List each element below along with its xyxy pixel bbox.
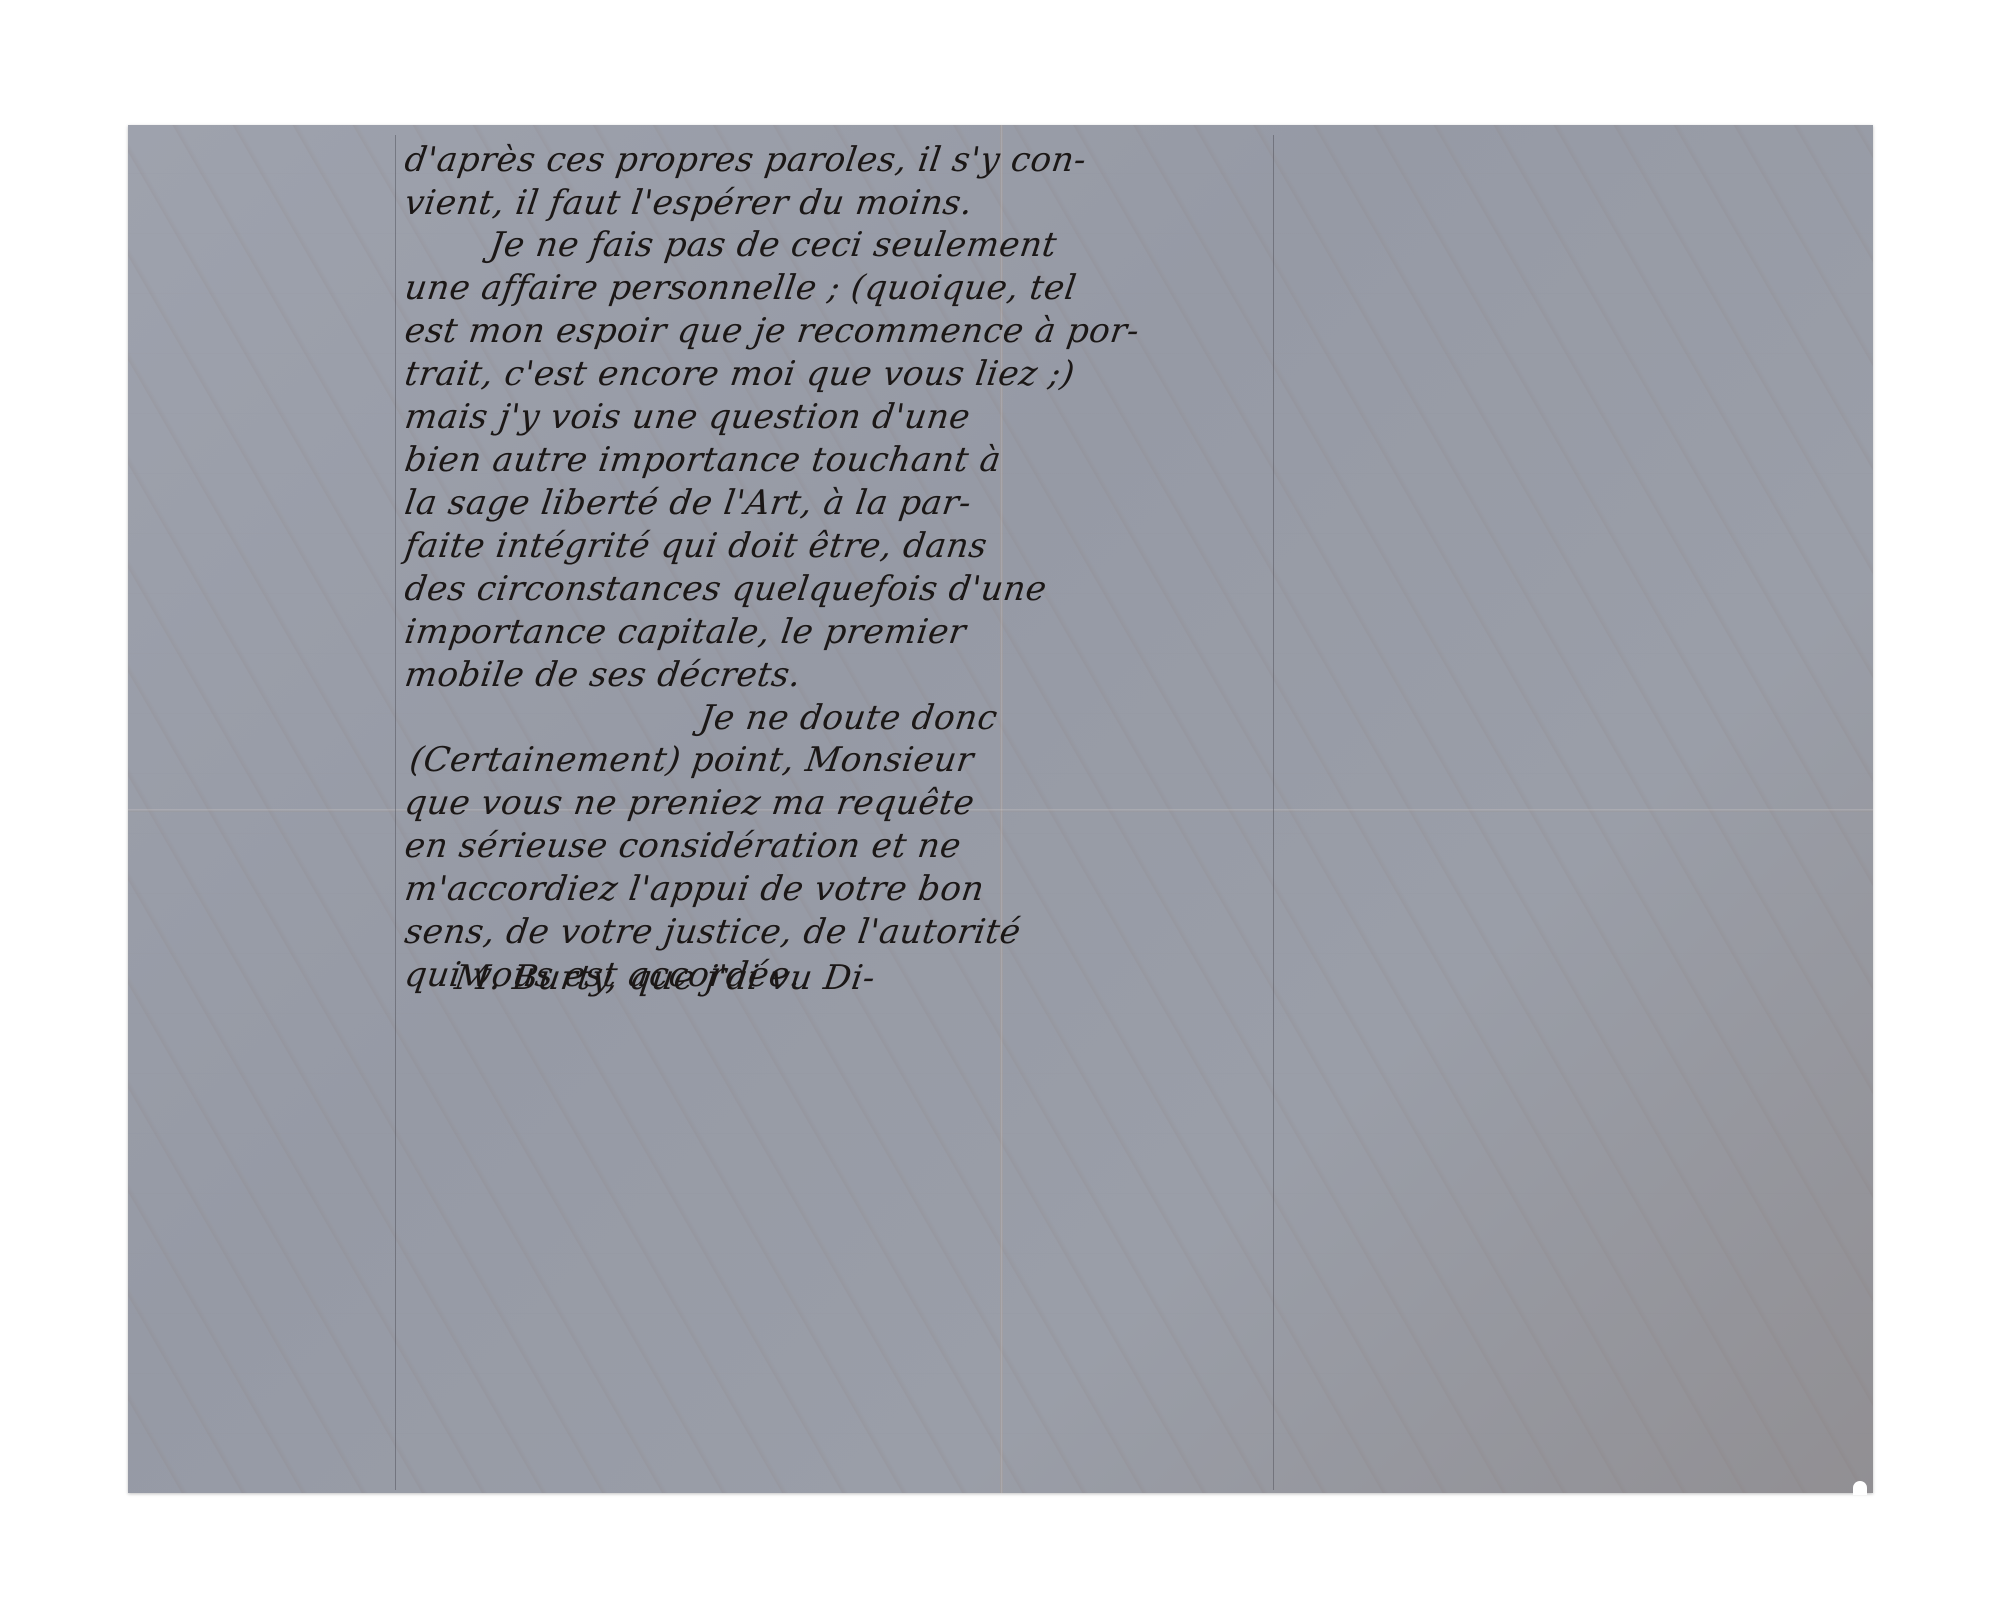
right-page-margin-line: [1273, 135, 1274, 1490]
letter-line: m'accordiez l'appui de votre bon: [402, 869, 987, 909]
letter-line: bien autre importance touchant à: [402, 440, 1003, 480]
letter-line: M. Burty, que j'ai vu Di-: [452, 958, 878, 998]
letter-line: Je ne doute donc: [697, 698, 1000, 738]
letter-line: d'après ces propres paroles, il s'y con-: [402, 140, 1089, 180]
letter-line: faite intégrité qui doit être, dans: [402, 526, 990, 566]
letter-line: Je ne fais pas de ceci seulement: [487, 225, 1059, 265]
letter-line: en sérieuse considération et ne: [402, 826, 964, 866]
letter-line: une affaire personnelle ; (quoique, tel: [402, 268, 1079, 308]
letter-line: que vous ne preniez ma requête: [402, 783, 977, 823]
letter-line: trait, c'est encore moi que vous liez ;): [402, 354, 1077, 394]
horizontal-fold: [128, 809, 1873, 812]
letter-line: la sage liberté de l'Art, à la par-: [402, 483, 974, 523]
letter-line: vient, il faut l'espérer du moins.: [402, 183, 975, 223]
letter-line: mais j'y vois une question d'une: [402, 397, 973, 437]
letter-line: sens, de votre justice, de l'autorité: [402, 912, 1023, 952]
letter-line: est mon espoir que je recommence à por-: [402, 311, 1142, 351]
left-page-margin-line: [395, 135, 396, 1490]
letter-line: des circonstances quelquefois d'une: [402, 569, 1049, 609]
paper-tear-notch: [1853, 1481, 1867, 1495]
letter-line: (Certainement) point, Monsieur: [407, 740, 976, 780]
letter-line: mobile de ses décrets.: [402, 655, 804, 695]
letter-line: importance capitale, le premier: [402, 612, 968, 652]
